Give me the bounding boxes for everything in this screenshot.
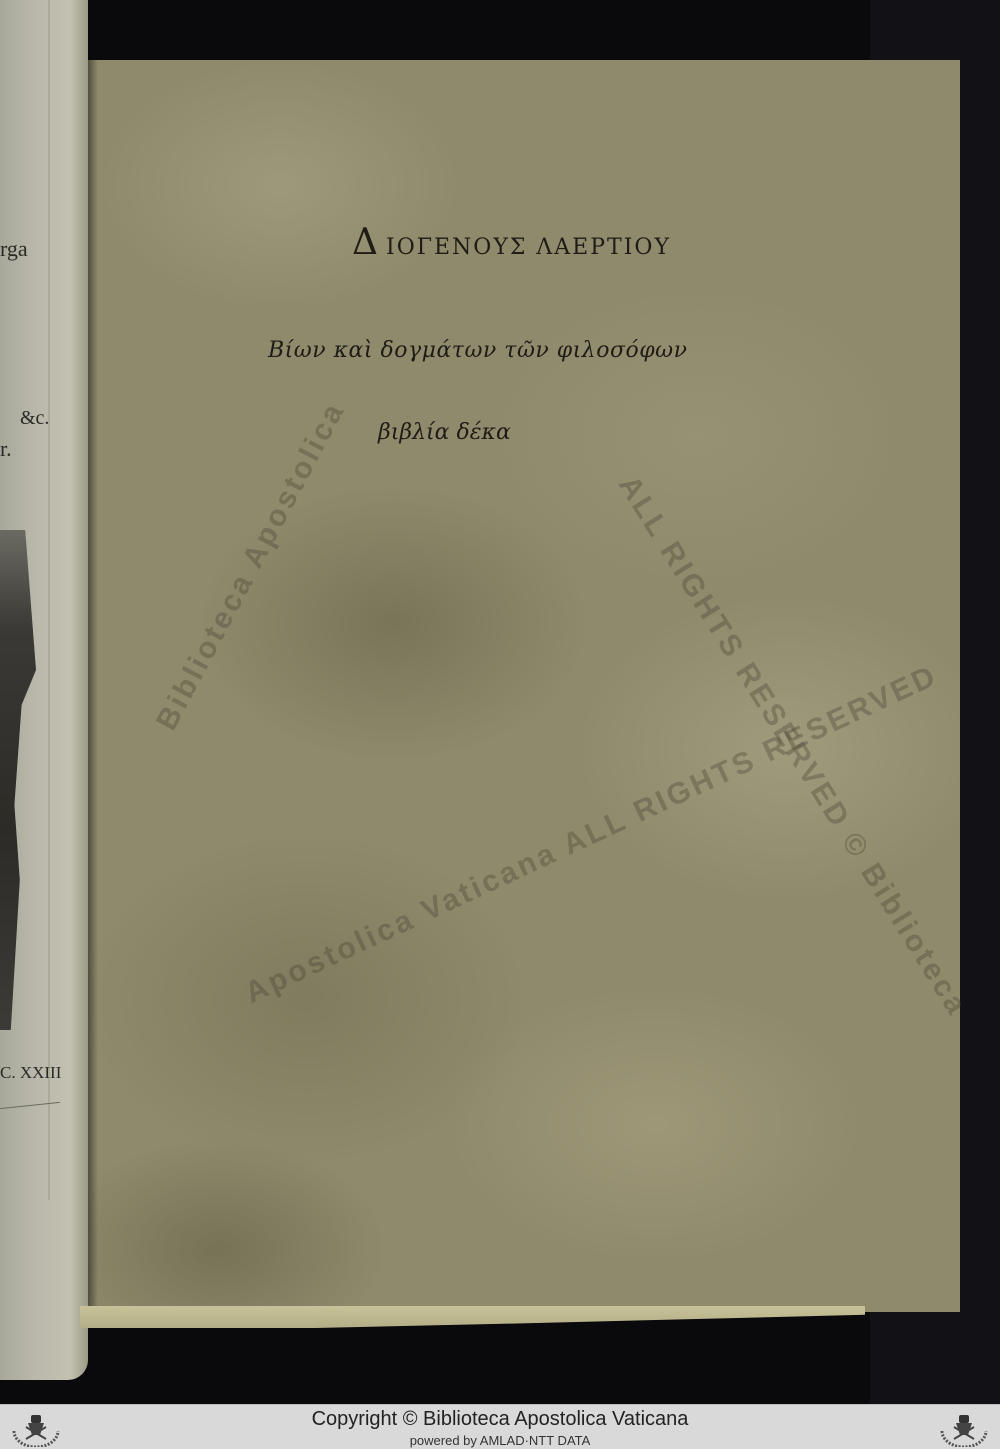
manuscript-title: ΔΙΟΓΕΝΟΥΣ ΛΑΕΡΤΙΟΥ xyxy=(352,222,671,263)
facing-page-text: rga xyxy=(0,238,28,260)
vatican-library-seal-icon xyxy=(934,1409,994,1447)
facing-page-printed: rga &c. r. C. XXIII xyxy=(0,0,88,1380)
page-crease xyxy=(48,0,50,1200)
facing-page-text: &c. xyxy=(20,408,49,428)
gutter-shadow xyxy=(88,60,98,1312)
copyright-text: Copyright © Biblioteca Apostolica Vatica… xyxy=(0,1408,1000,1431)
facing-page-plate-number: C. XXIII xyxy=(0,1064,61,1081)
manuscript-image-viewer[interactable]: rga &c. r. C. XXIII ΔΙΟΓΕΝΟΥΣ ΛΑΕΡΤΙΟΥ Β… xyxy=(0,0,1000,1404)
manuscript-subtitle: Βίων καὶ δογμάτων τῶν φιλοσόφων xyxy=(268,338,687,363)
engraving-figure xyxy=(0,530,36,1030)
title-text: ΙΟΓΕΝΟΥΣ ΛΑΕΡΤΙΟΥ xyxy=(386,235,671,260)
facing-page-text: r. xyxy=(0,438,12,460)
title-initial: Δ xyxy=(352,222,380,263)
manuscript-book-count: βιβλία δέκα xyxy=(378,420,511,445)
engraving-frame-line xyxy=(0,1102,60,1109)
powered-by-text: powered by AMLAD·NTT DATA xyxy=(0,1433,1000,1448)
folio-bottom-edge xyxy=(80,1306,865,1328)
copyright-footer: Copyright © Biblioteca Apostolica Vatica… xyxy=(0,1404,1000,1449)
